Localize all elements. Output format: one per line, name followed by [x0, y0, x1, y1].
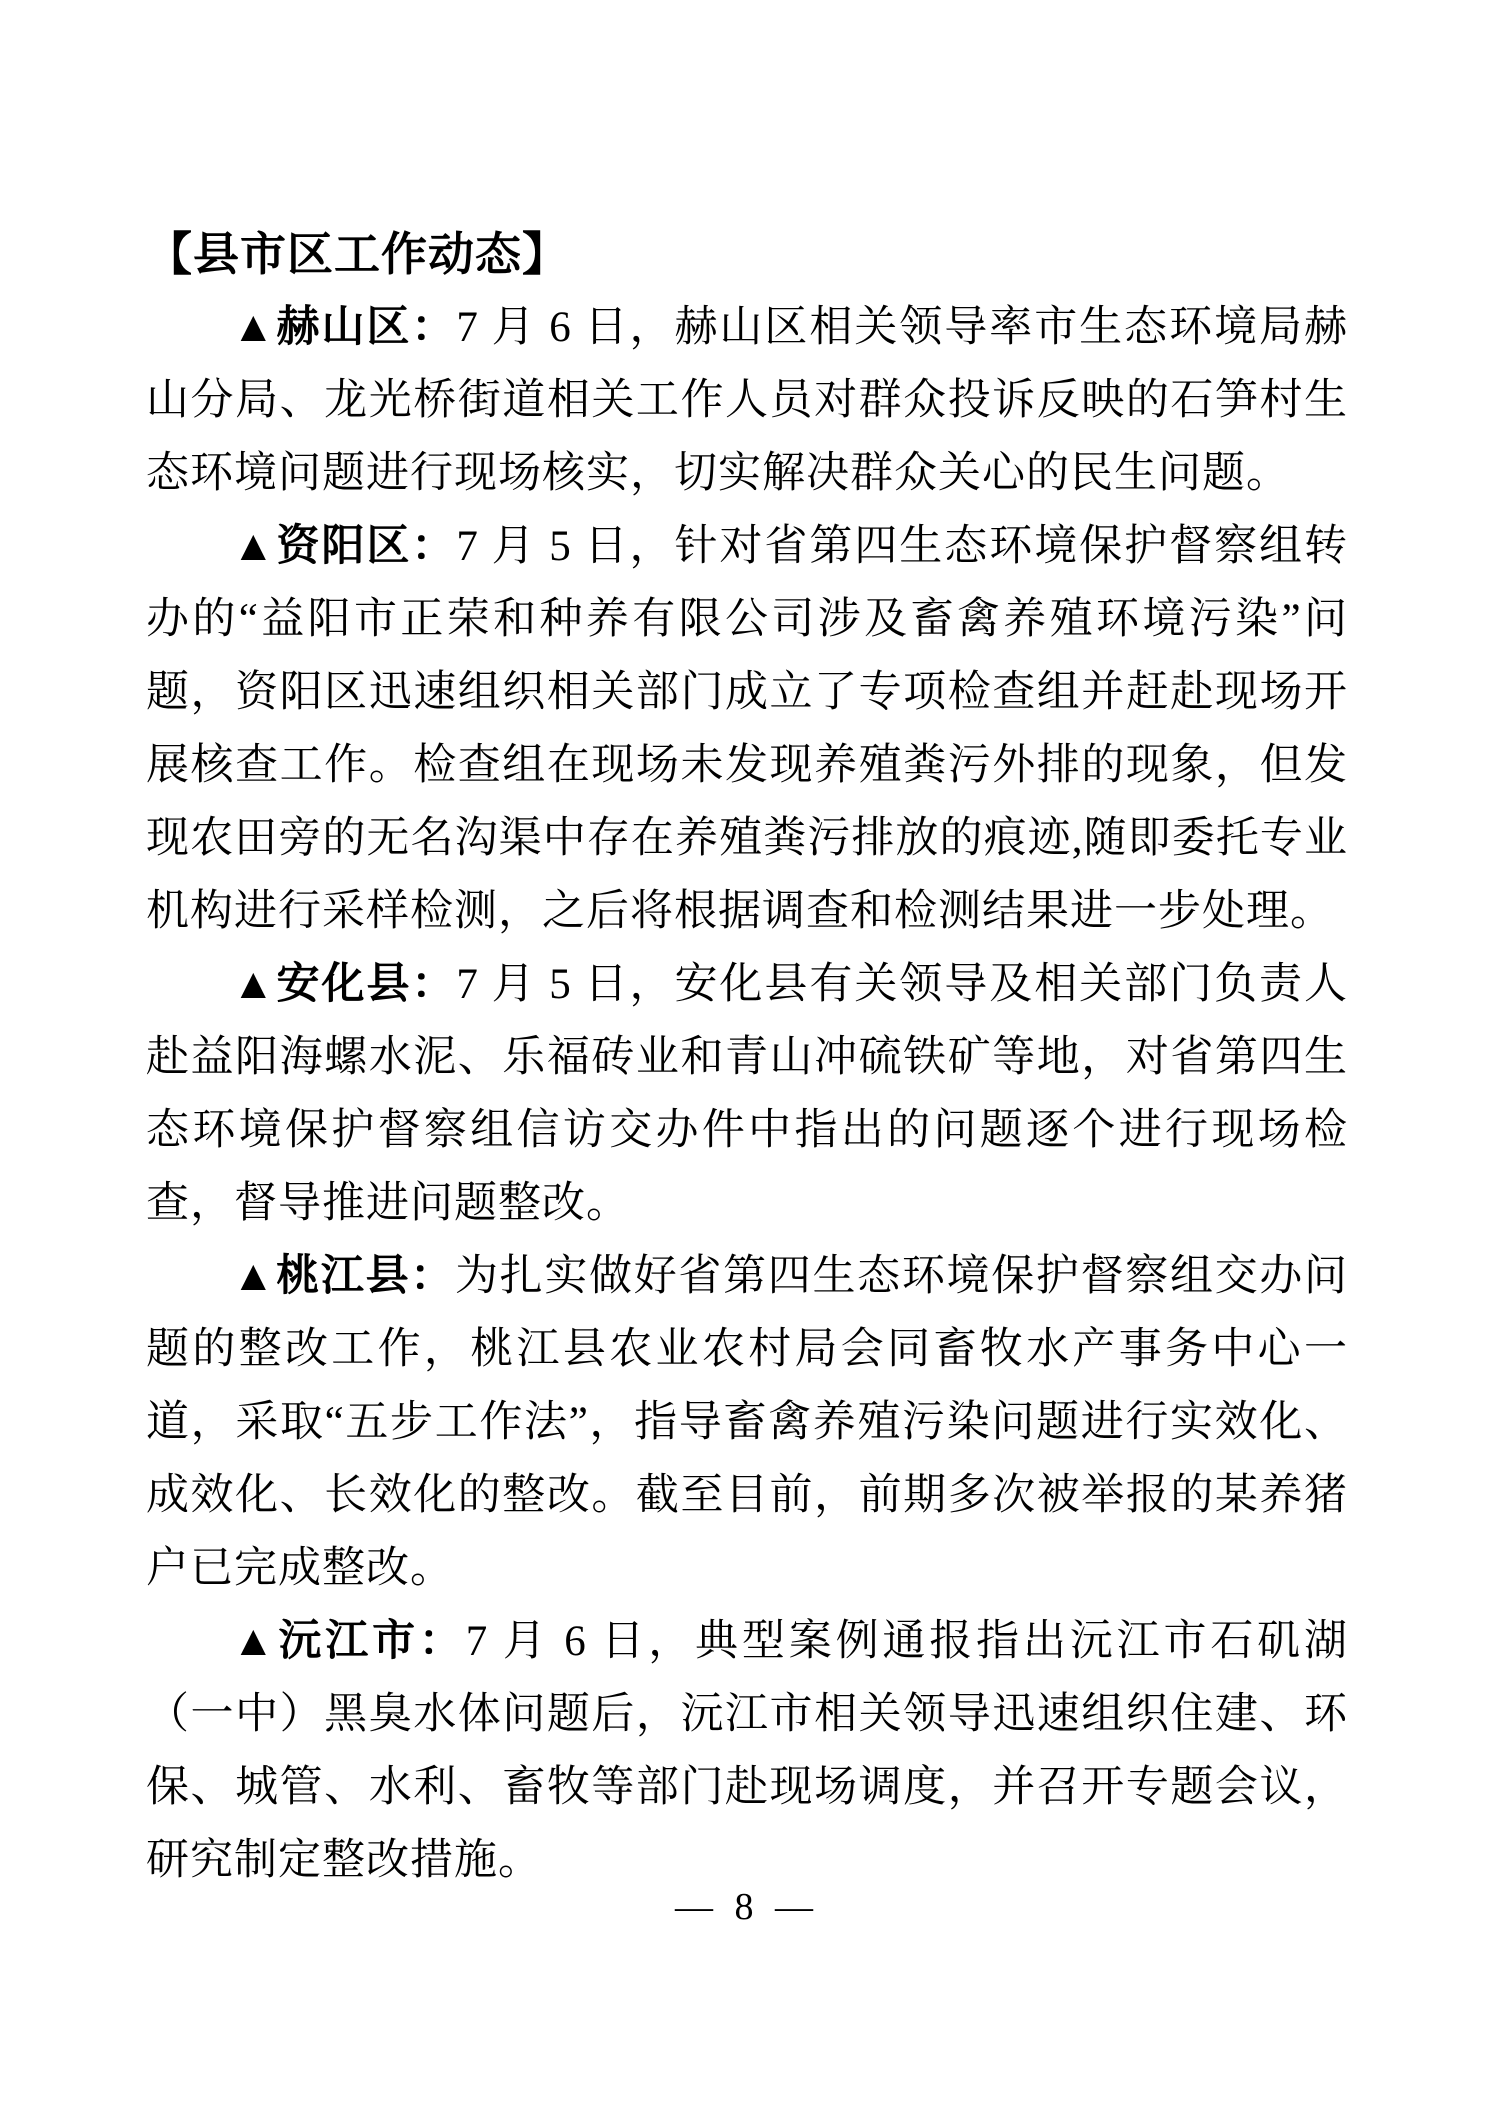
- section-heading: 【县市区工作动态】: [146, 218, 1348, 291]
- page-number: — 8 —: [146, 1882, 1348, 1932]
- document-page: 【县市区工作动态】 ▲赫山区：7 月 6 日，赫山区相关领导率市生态环境局赫山分…: [0, 0, 1488, 2104]
- district-label-taojiang: ▲桃江县：: [232, 1253, 455, 1300]
- news-paragraph-ziyang: ▲资阳区：7 月 5 日，针对省第四生态环境保护督察组转办的“益阳市正荣和种养有…: [146, 510, 1348, 948]
- document-body: 【县市区工作动态】 ▲赫山区：7 月 6 日，赫山区相关领导率市生态环境局赫山分…: [146, 218, 1348, 1897]
- district-label-heshan: ▲赫山区：: [232, 304, 456, 351]
- news-paragraph-heshan: ▲赫山区：7 月 6 日，赫山区相关领导率市生态环境局赫山分局、龙光桥街道相关工…: [146, 291, 1348, 510]
- news-paragraph-yuanjiang: ▲沅江市：7 月 6 日，典型案例通报指出沅江市石矶湖（一中）黑臭水体问题后，沅…: [146, 1605, 1348, 1897]
- district-label-anhua: ▲安化县：: [232, 961, 456, 1008]
- district-label-ziyang: ▲资阳区：: [232, 523, 456, 570]
- news-paragraph-anhua: ▲安化县：7 月 5 日，安化县有关领导及相关部门负责人赴益阳海螺水泥、乐福砖业…: [146, 948, 1348, 1240]
- paragraph-text-taojiang: 为扎实做好省第四生态环境保护督察组交办问题的整改工作，桃江县农业农村局会同畜牧水…: [146, 1253, 1348, 1592]
- district-label-yuanjiang: ▲沅江市：: [232, 1618, 466, 1665]
- paragraph-text-ziyang: 7 月 5 日，针对省第四生态环境保护督察组转办的“益阳市正荣和种养有限公司涉及…: [146, 523, 1348, 935]
- news-paragraph-taojiang: ▲桃江县：为扎实做好省第四生态环境保护督察组交办问题的整改工作，桃江县农业农村局…: [146, 1240, 1348, 1605]
